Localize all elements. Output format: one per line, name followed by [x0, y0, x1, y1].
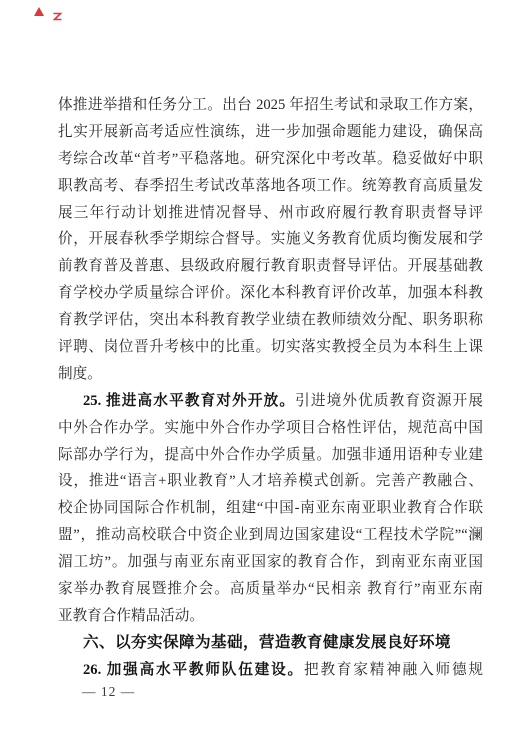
body-line: 校企协同国际合作机制，组建“中国-南亚东南亚职业教育合作联: [58, 495, 483, 522]
body-text: 把教育家精神融入师德规: [304, 662, 483, 678]
body-text: 制度。: [58, 366, 102, 382]
body-text: 育学校办学质量综合评价。深化本科教育评价改革，加强本科教: [58, 285, 483, 301]
body-text: 职教高考、春季招生考试改革落地各项工作。统筹教育高质量发: [58, 178, 483, 194]
body-text: 盟”，推动高校联合中资企业到周边国家建设“工程技术学院”“澜: [58, 527, 483, 543]
body-text: 育教学评估，突出本科教育教学业绩在教师绩效分配、职务职称: [58, 312, 483, 328]
body-line: 中外合作办学。实施中外合作办学项目合格性评估，规范高中国: [58, 415, 483, 442]
body-line: 亚教育合作精品活动。: [58, 603, 483, 630]
body-text: 扎实开展新高考适应性演练，进一步加强命题能力建设，确保高: [58, 124, 483, 140]
page-number: — 12 —: [82, 684, 135, 700]
body-line: 扎实开展新高考适应性演练，进一步加强命题能力建设，确保高: [58, 119, 483, 146]
body-text: 体推进举措和任务分工。出台 2025 年招生考试和录取工作方案，: [58, 97, 483, 113]
body-line: 26. 加强高水平教师队伍建设。把教育家精神融入师德规: [58, 657, 483, 684]
body-line: 育教学评估，突出本科教育教学业绩在教师绩效分配、职务职称: [58, 307, 483, 334]
body-text: 家举办教育展暨推介会。高质量举办“民相亲 教育行”南亚东南: [58, 581, 483, 597]
document-body: 体推进举措和任务分工。出台 2025 年招生考试和录取工作方案，扎实开展新高考适…: [58, 92, 483, 684]
body-line: 盟”，推动高校联合中资企业到周边国家建设“工程技术学院”“澜: [58, 522, 483, 549]
body-line: 设，推进“语言+职业教育”人才培养模式创新。完善产教融合、: [58, 468, 483, 495]
body-line: 制度。: [58, 361, 483, 388]
body-line: 湄工坊”。加强与南亚东南亚国家的教育合作，到南亚东南亚国: [58, 549, 483, 576]
body-line: 25. 推进高水平教育对外开放。引进境外优质教育资源开展: [58, 388, 483, 415]
body-line: 前教育普及普惠、县级政府履行教育职责督导评估。开展基础教: [58, 253, 483, 280]
body-text: 校企协同国际合作机制，组建“中国-南亚东南亚职业教育合作联: [58, 500, 483, 516]
body-text: 设，推进“语言+职业教育”人才培养模式创新。完善产教融合、: [58, 473, 483, 489]
body-line: 体推进举措和任务分工。出台 2025 年招生考试和录取工作方案，: [58, 92, 483, 119]
body-text: 亚教育合作精品活动。: [58, 608, 204, 624]
body-text: 际部办学行为，提高中外合作办学质量。加强非通用语种专业建: [58, 447, 483, 463]
body-text: 评聘、岗位晋升考核中的比重。切实落实教授全员为本科生上课: [58, 339, 483, 355]
bold-lead-text: 25. 推进高水平教育对外开放。: [83, 393, 295, 409]
body-line: 育学校办学质量综合评价。深化本科教育评价改革，加强本科教: [58, 280, 483, 307]
body-line: 展三年行动计划推进情况督导、州市政府履行教育职责督导评: [58, 200, 483, 227]
body-line: 际部办学行为，提高中外合作办学质量。加强非通用语种专业建: [58, 442, 483, 469]
body-line: 职教高考、春季招生考试改革落地各项工作。统筹教育高质量发: [58, 173, 483, 200]
red-scribble-mark-icon: [52, 11, 63, 22]
body-text: 价，开展春秋季学期综合督导。实施义务教育优质均衡发展和学: [58, 231, 483, 247]
body-text: 考综合改革“首考”平稳落地。研究深化中考改革。稳妥做好中职: [58, 151, 483, 167]
body-line: 家举办教育展暨推介会。高质量举办“民相亲 教育行”南亚东南: [58, 576, 483, 603]
body-line: 价，开展春秋季学期综合督导。实施义务教育优质均衡发展和学: [58, 226, 483, 253]
body-text: 展三年行动计划推进情况督导、州市政府履行教育职责督导评: [58, 205, 483, 221]
bold-lead-text: 六、以夯实保障为基础，营造教育健康发展良好环境: [83, 634, 451, 651]
section-heading: 六、以夯实保障为基础，营造教育健康发展良好环境: [58, 630, 483, 657]
body-text: 湄工坊”。加强与南亚东南亚国家的教育合作，到南亚东南亚国: [58, 554, 483, 570]
body-text: 前教育普及普惠、县级政府履行教育职责督导评估。开展基础教: [58, 258, 483, 274]
body-text: 引进境外优质教育资源开展: [295, 393, 483, 409]
red-triangle-mark-icon: [34, 7, 44, 16]
bold-lead-text: 26. 加强高水平教师队伍建设。: [83, 662, 304, 678]
document-page: 体推进举措和任务分工。出台 2025 年招生考试和录取工作方案，扎实开展新高考适…: [0, 0, 528, 746]
body-text: 中外合作办学。实施中外合作办学项目合格性评估，规范高中国: [58, 420, 483, 436]
body-line: 评聘、岗位晋升考核中的比重。切实落实教授全员为本科生上课: [58, 334, 483, 361]
body-line: 考综合改革“首考”平稳落地。研究深化中考改革。稳妥做好中职: [58, 146, 483, 173]
